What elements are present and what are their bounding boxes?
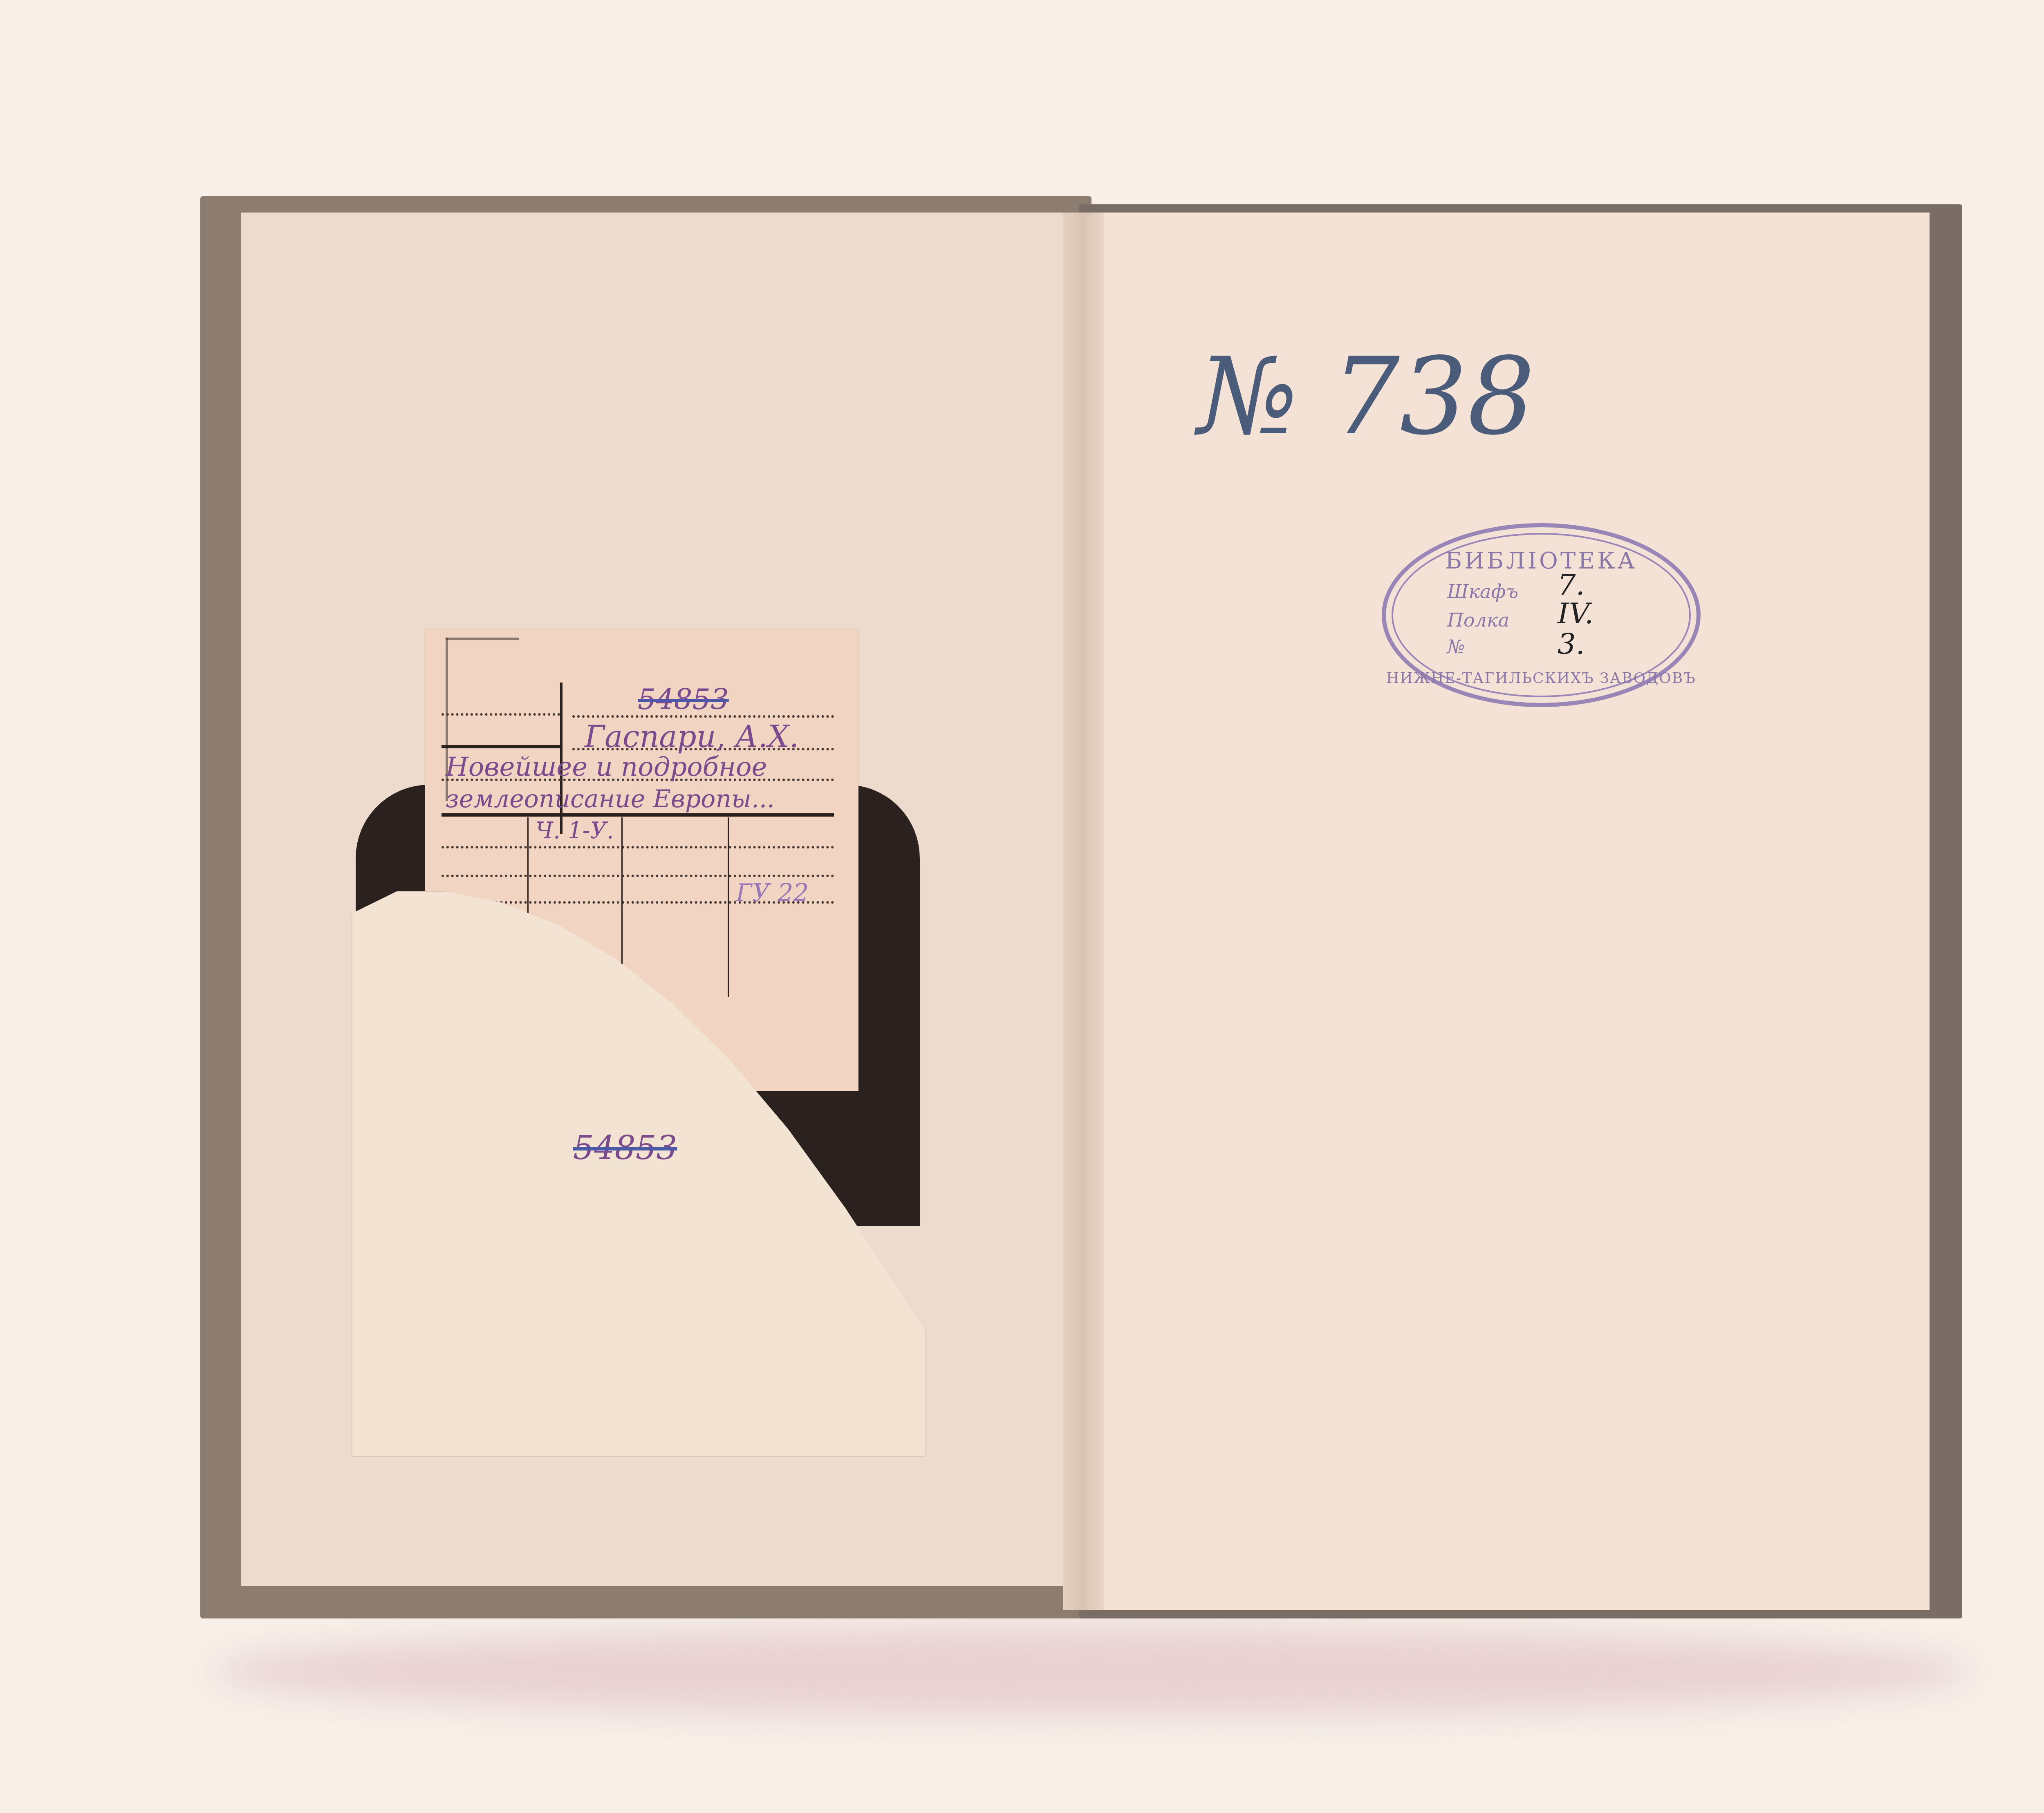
card-dotted-line bbox=[442, 875, 834, 877]
card-dotted-line bbox=[442, 846, 834, 848]
card-inventory-number: 54853 bbox=[638, 683, 729, 716]
book-shadow bbox=[213, 1627, 1970, 1717]
stamp-row2-value: IV. bbox=[1558, 597, 1594, 630]
card-title-line1: Новейшее и подробное bbox=[446, 752, 767, 782]
stamp-bottom-text: НИЖНЕ-ТАГИЛЬСКИХЪ ЗАВОДОВЪ bbox=[1386, 670, 1697, 687]
stamp-row1-label: Шкафъ bbox=[1447, 580, 1518, 602]
card-rule bbox=[442, 745, 560, 748]
card-author: Гаспари, А.Х. bbox=[585, 719, 799, 754]
card-volume: Ч. 1-У. bbox=[536, 817, 614, 844]
stamp-title: БИБЛІОТЕКА bbox=[1386, 548, 1697, 574]
card-title-line2: землеописание Европы... bbox=[446, 785, 775, 813]
stamp-row3-value: 3. bbox=[1558, 627, 1585, 661]
stamp-row3-label: № bbox=[1447, 636, 1465, 658]
card-frame-line bbox=[446, 638, 519, 640]
pocket-inventory-number: 54853 bbox=[573, 1129, 677, 1167]
card-rule bbox=[442, 813, 834, 817]
stamp-row2-label: Полка bbox=[1447, 609, 1509, 631]
card-shelf-mark: ГУ 22 bbox=[736, 879, 809, 907]
library-stamp: БИБЛІОТЕКА Шкафъ 7. Полка IV. № 3. НИЖНЕ… bbox=[1382, 523, 1701, 707]
book-gutter bbox=[1063, 213, 1104, 1610]
card-dotted-line bbox=[442, 713, 560, 716]
card-column-line bbox=[728, 817, 729, 997]
pencil-accession-number: № 738 bbox=[1198, 335, 1535, 459]
